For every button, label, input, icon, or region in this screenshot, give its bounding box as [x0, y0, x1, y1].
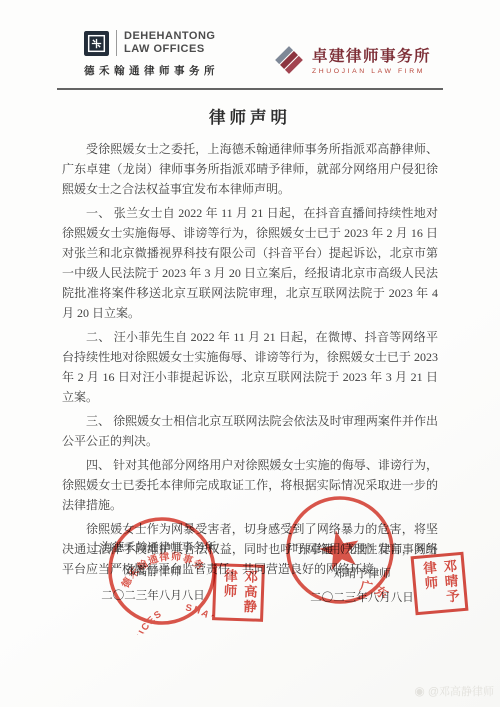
zhuojian-name-en: ZHUOJIAN LAW FIRM: [312, 68, 431, 75]
zhuojian-logo: 卓建律师事务所 ZHUOJIAN LAW FIRM: [274, 44, 431, 75]
paragraph-item-3: 三、 徐熙媛女士相信北京互联网法院会依法及时审理两案件并作出公平公正的判决。: [62, 411, 438, 451]
watermark-text: @邓高静律师: [428, 683, 494, 699]
seal-star-icon: [316, 526, 363, 571]
paragraph-item-1: 一、 张兰女士自 2022 年 11 月 21 日起，在抖音直播间持续性地对徐熙…: [62, 203, 438, 323]
dehehantong-logo-icon: [84, 31, 109, 56]
logo-divider: [116, 30, 117, 56]
weibo-icon: ◉: [414, 685, 424, 697]
square-seal-text-left: 邓高静律师: [217, 568, 259, 617]
page-title: 律师声明: [0, 104, 500, 128]
square-seal-deng-qingyu: 邓晴予律师: [411, 552, 469, 615]
zhuojian-name-cn: 卓建律师事务所: [312, 44, 431, 66]
dehehantong-name-cn: 德禾翰通律师事务所: [84, 63, 284, 78]
scanned-lawyer-statement: DEHEHANTONG LAW OFFICES 德禾翰通律师事务所 卓建律师事务…: [0, 0, 500, 707]
square-seal-text-right: 邓晴予律师: [417, 558, 462, 609]
square-seal-deng-gaojing: 邓高静律师: [212, 563, 265, 622]
dehehantong-logo: DEHEHANTONG LAW OFFICES 德禾翰通律师事务所: [84, 30, 284, 78]
round-seal-zhuojian: 广东卓建（龙岗）律师事务所: [274, 484, 407, 617]
weibo-watermark: ◉ @邓高静律师: [414, 683, 494, 699]
paragraph-item-2: 二、 汪小菲先生自 2022 年 11 月 21 日起，在微博、抖音等网络平台持…: [62, 327, 438, 407]
dehehantong-name-en-2: LAW OFFICES: [124, 43, 215, 56]
header-rule: [57, 88, 443, 90]
zhuojian-logo-icon: [274, 45, 304, 75]
dehehantong-name-en-1: DEHEHANTONG: [124, 30, 215, 43]
paragraph-intro: 受徐熙媛女士之委托，上海德禾翰通律师事务所指派邓高静律师、广东卓建（龙岗）律师事…: [62, 139, 438, 199]
